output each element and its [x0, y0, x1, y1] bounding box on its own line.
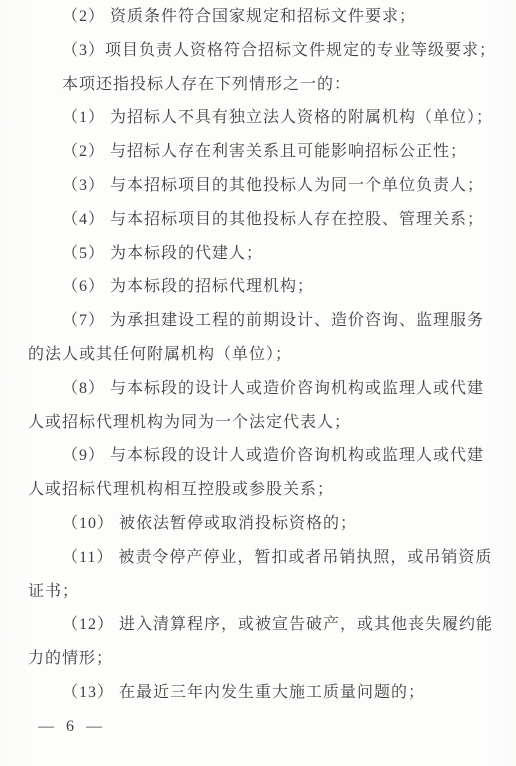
paragraph-line: （3）项目负责人资格符合招标文件规定的专业等级要求；: [28, 34, 498, 68]
paragraph-line: （2） 资质条件符合国家规定和招标文件要求；: [28, 0, 498, 34]
paragraph-continuation-line: 证书；: [28, 575, 498, 609]
paragraph-line: （1） 为招标人不具有独立法人资格的附属机构（单位）；: [28, 101, 498, 135]
paragraph-line: （11） 被责令停产停业，暂扣或者吊销执照，或吊销资质: [28, 541, 498, 575]
paragraph-line: （9） 与本标段的设计人或造价咨询机构或监理人或代建: [28, 439, 498, 473]
paragraph-continuation-line: 人或招标代理机构相互控股或参股关系；: [28, 473, 498, 507]
paragraph-continuation-line: 的法人或其任何附属机构（单位）；: [28, 338, 498, 372]
page-number: — 6 —: [28, 710, 498, 744]
paragraph-continuation-line: 力的情形；: [28, 642, 498, 676]
paragraph-line: 本项还指投标人存在下列情形之一的：: [28, 68, 498, 102]
paragraph-line: （6） 为本标段的招标代理机构；: [28, 270, 498, 304]
document-page: （2） 资质条件符合国家规定和招标文件要求； （3）项目负责人资格符合招标文件规…: [0, 0, 516, 766]
paragraph-line: （5） 为本标段的代建人；: [28, 237, 498, 271]
paragraph-line: （2） 与招标人存在利害关系且可能影响招标公正性；: [28, 135, 498, 169]
paragraph-line: （12） 进入清算程序，或被宣告破产，或其他丧失履约能: [28, 608, 498, 642]
paragraph-line: （7） 为承担建设工程的前期设计、造价咨询、监理服务: [28, 304, 498, 338]
document-text-block: （2） 资质条件符合国家规定和招标文件要求； （3）项目负责人资格符合招标文件规…: [28, 0, 498, 744]
paragraph-line: （4） 与本招标项目的其他投标人存在控股、管理关系；: [28, 203, 498, 237]
paragraph-line: （3） 与本招标项目的其他投标人为同一个单位负责人；: [28, 169, 498, 203]
paragraph-line: （8） 与本标段的设计人或造价咨询机构或监理人或代建: [28, 372, 498, 406]
paragraph-line: （10） 被依法暂停或取消投标资格的；: [28, 507, 498, 541]
paragraph-continuation-line: 人或招标代理机构为同为一个法定代表人；: [28, 406, 498, 440]
paragraph-line: （13） 在最近三年内发生重大施工质量问题的；: [28, 676, 498, 710]
